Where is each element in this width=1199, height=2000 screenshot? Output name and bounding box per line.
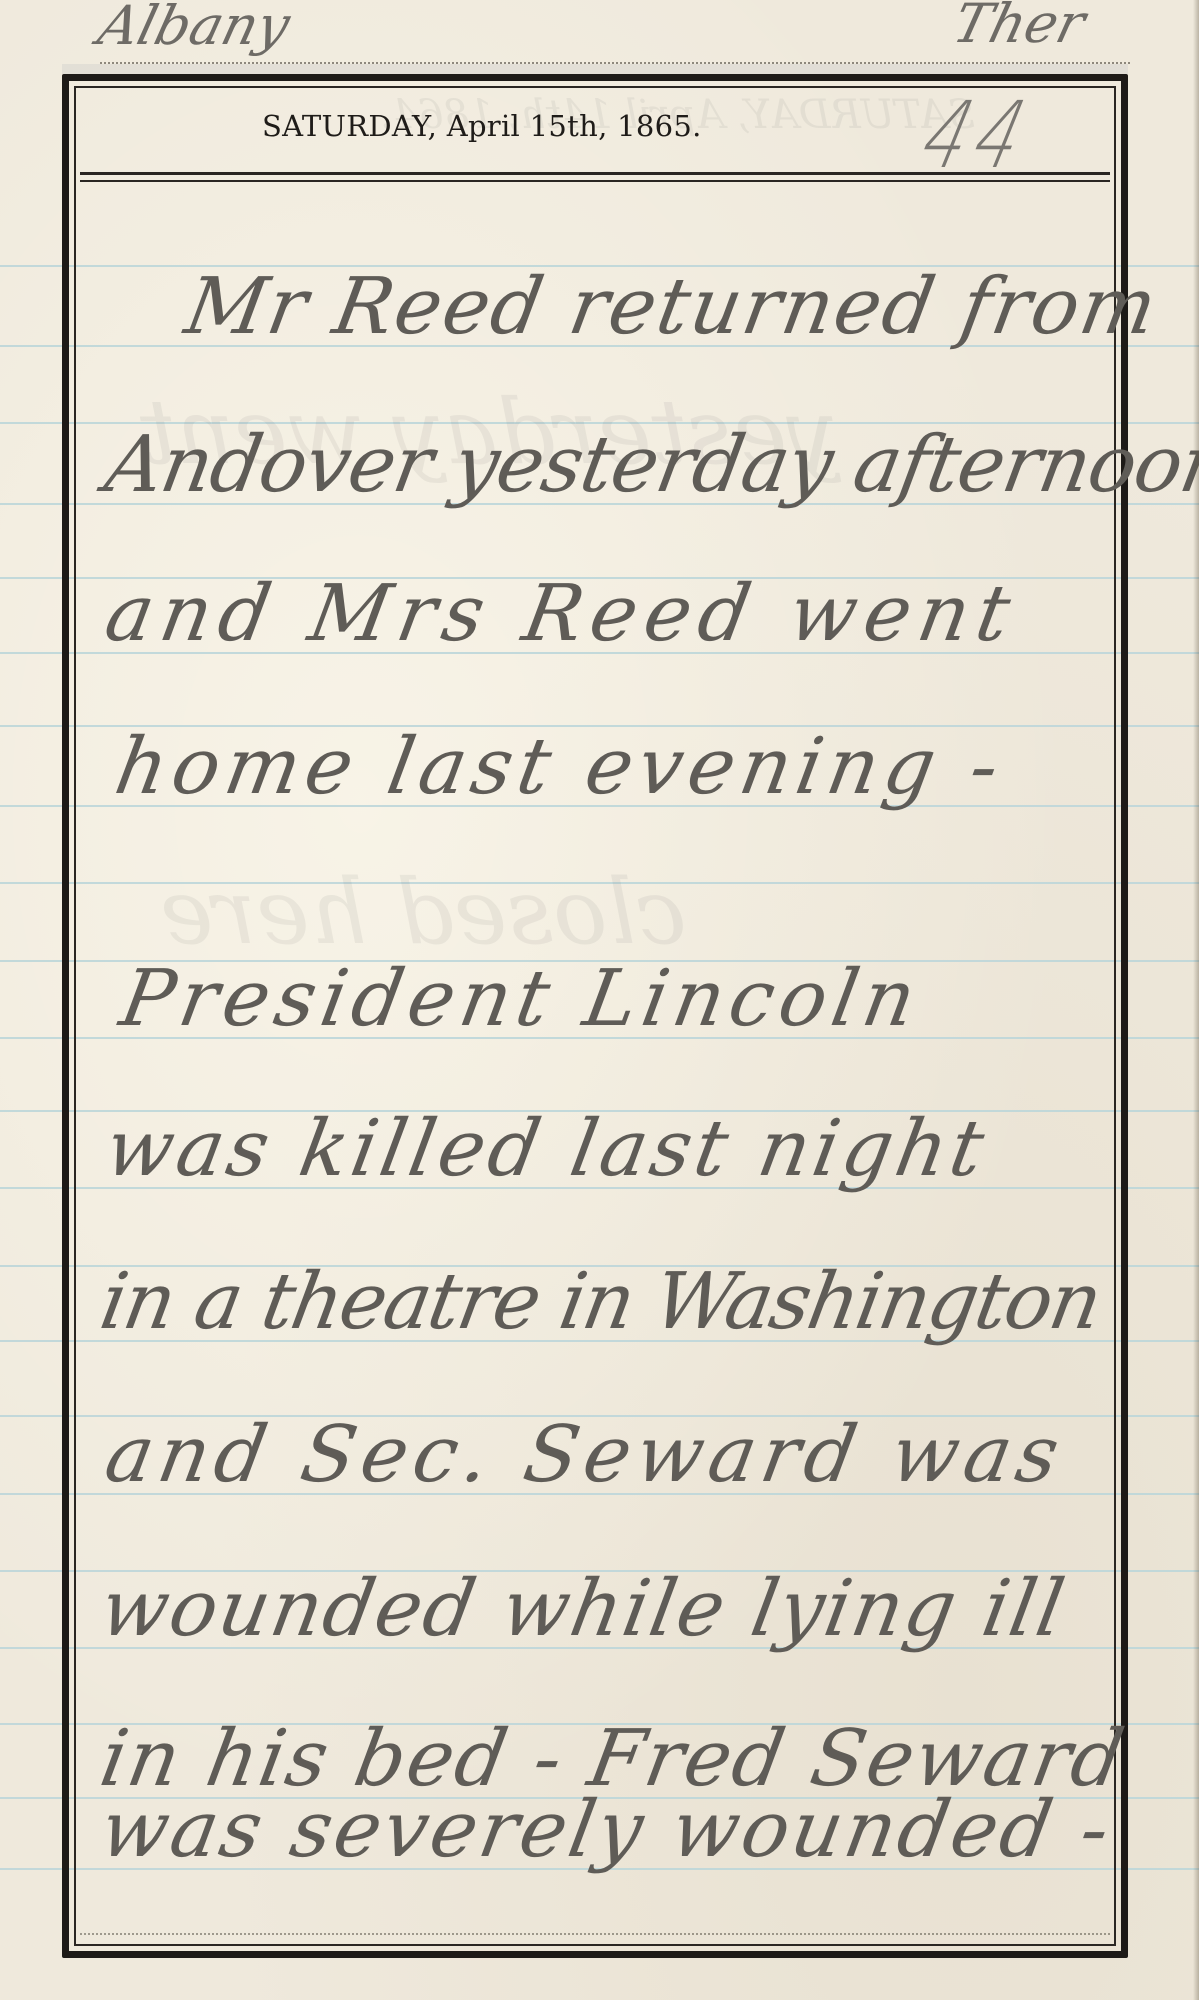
entry-line-4: home last evening - [110, 728, 1010, 806]
margin-note-location: Albany [92, 0, 296, 57]
entry-line-2: Andover yesterday afternoon- [100, 426, 1199, 504]
margin-note-thermometer: Ther [947, 0, 1091, 55]
entry-line-6: was killed last night [100, 1110, 993, 1188]
entry-line-3: and Mrs Reed went [100, 575, 1023, 653]
entry-line-8: and Sec. Seward was [100, 1416, 1070, 1494]
entry-line-1: Mr Reed returned from [180, 268, 1164, 346]
page-edge [1193, 0, 1199, 2000]
entry-line-7: in a theatre in Washington [95, 1263, 1106, 1341]
bottom-dotted-rule [80, 1933, 1110, 1935]
top-shading [62, 64, 1128, 74]
top-dotted-rule [100, 62, 1130, 64]
printed-date-header: SATURDAY, April 15th, 1865. [262, 104, 932, 148]
entry-line-11: was severely wounded - [95, 1791, 1118, 1869]
diary-page: SATURDAY, April 14th, 1864. yesterday we… [0, 0, 1199, 2000]
entry-line-5: President Lincoln [115, 960, 927, 1038]
entry-line-9: wounded while lying ill [95, 1570, 1071, 1648]
